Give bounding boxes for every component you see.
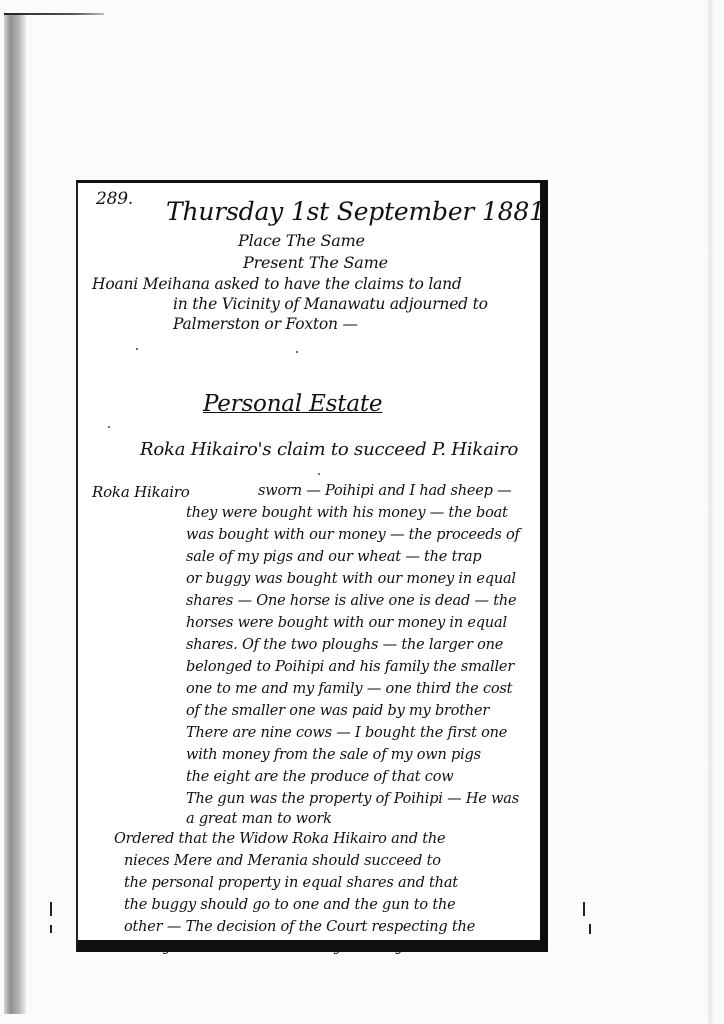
order-line: nieces Mere and Merania should succeed t…: [124, 853, 441, 869]
testimony-line: of the smaller one was paid by my brothe…: [186, 703, 489, 719]
page-number: 289.: [96, 189, 133, 209]
opening-entry-line: Hoani Meihana asked to have the claims t…: [92, 275, 462, 293]
testimony-line: they were bought with his money — the bo…: [186, 505, 508, 521]
page-right-edge: [706, 0, 714, 1024]
testimony-line: belonged to Poihipi and his family the s…: [186, 659, 514, 675]
testimony-line: one to me and my family — one third the …: [186, 681, 512, 697]
testimony-line: was bought with our money — the proceeds…: [186, 527, 520, 543]
order-line: Ordered that the Widow Roka Hikairo and …: [114, 831, 445, 847]
testimony-line: sale of my pigs and our wheat — the trap: [186, 549, 481, 565]
order-line: money to remain as Ordered yesterday.: [124, 939, 407, 955]
ink-speck: [136, 348, 138, 350]
order-line: the personal property in equal shares an…: [124, 875, 458, 891]
section-heading: Personal Estate: [203, 391, 382, 417]
margin-mark-left: [50, 925, 52, 933]
opening-entry-line: Palmerston or Foxton —: [173, 315, 358, 333]
testimony-line: a great man to work: [186, 811, 332, 827]
ink-speck: [296, 351, 298, 353]
place-line: Place The Same: [238, 231, 365, 250]
date-heading: Thursday 1st September 1881: [166, 197, 545, 226]
testimony-line: the eight are the produce of that cow: [186, 769, 453, 785]
top-edge-rule: [4, 13, 104, 15]
testimony-line: shares — One horse is alive one is dead …: [186, 593, 516, 609]
opening-entry-line: in the Vicinity of Manawatu adjourned to: [173, 295, 488, 313]
testimony-line: shares. Of the two ploughs — the larger …: [186, 637, 503, 653]
order-line: other — The decision of the Court respec…: [124, 919, 475, 935]
order-line: the buggy should go to one and the gun t…: [124, 897, 455, 913]
testimony-line: There are nine cows — I bought the first…: [186, 725, 507, 741]
testimony-line: with money from the sale of my own pigs: [186, 747, 481, 763]
testimony-line: or buggy was bought with our money in eq…: [186, 571, 516, 587]
testimony-line: sworn — Poihipi and I had sheep —: [258, 483, 511, 499]
margin-mark-right: [589, 924, 591, 934]
margin-mark-right: [583, 902, 585, 916]
margin-mark-left: [50, 902, 52, 916]
ledger-page: 289. Thursday 1st September 1881 Place T…: [76, 180, 548, 952]
witness-name: Roka Hikairo: [92, 483, 190, 501]
testimony-line: The gun was the property of Poihipi — He…: [186, 791, 519, 807]
book-binding-shadow: [4, 14, 26, 1014]
present-line: Present The Same: [243, 253, 388, 272]
ink-speck: [108, 426, 110, 428]
ink-speck: [318, 473, 320, 475]
claim-title: Roka Hikairo's claim to succeed P. Hikai…: [140, 439, 518, 460]
testimony-line: horses were bought with our money in equ…: [186, 615, 507, 631]
